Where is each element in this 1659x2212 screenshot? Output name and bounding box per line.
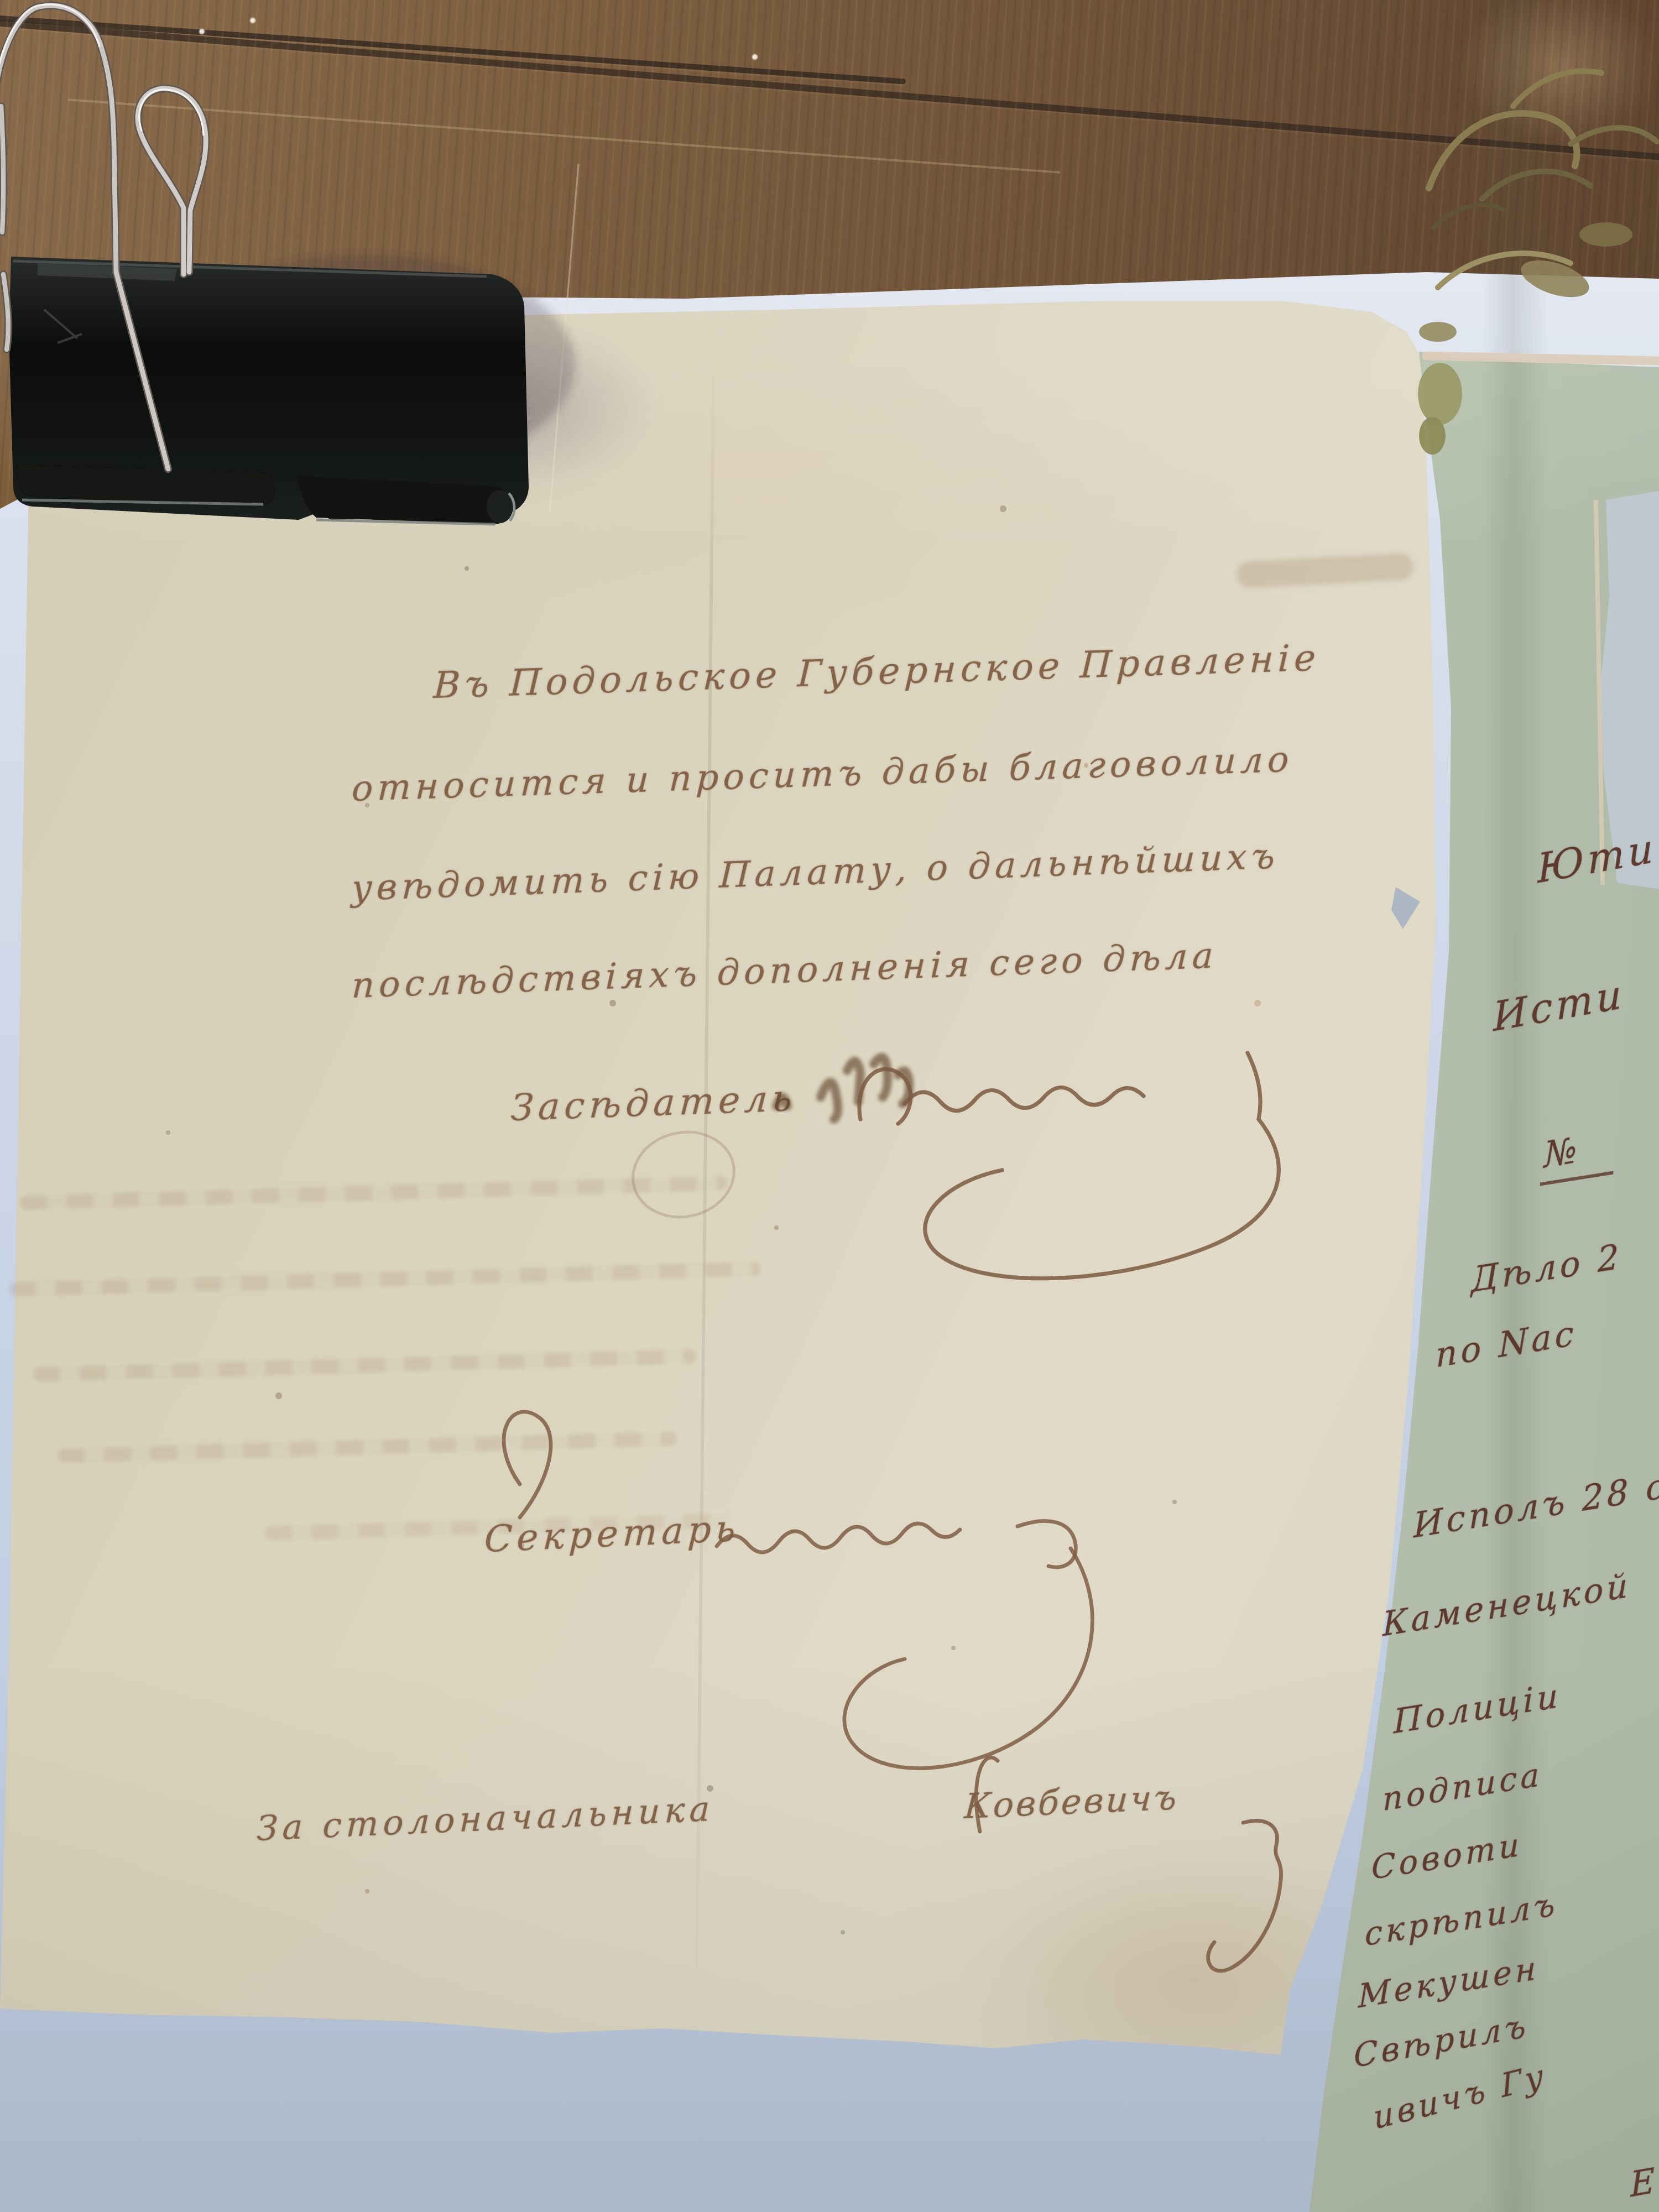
right-doc-fragment: Е (1630, 2161, 1659, 2206)
wood-light-patch (1416, 0, 1659, 177)
dust-speck (199, 29, 205, 34)
wood-groove (0, 14, 906, 84)
dust-speck (752, 54, 758, 60)
photo-viewport: Въ Подольское Губернское Правленіе относ… (0, 0, 1659, 2212)
paper-foxing-specks (0, 0, 4, 4)
clip-shadow-on-paper (299, 290, 708, 522)
photo-archival-documents-on-table: Въ Подольское Губернское Правленіе относ… (0, 0, 1659, 2212)
wood-groove (0, 18, 1659, 165)
dust-speck (250, 18, 255, 23)
wood-scratch (67, 98, 1060, 174)
